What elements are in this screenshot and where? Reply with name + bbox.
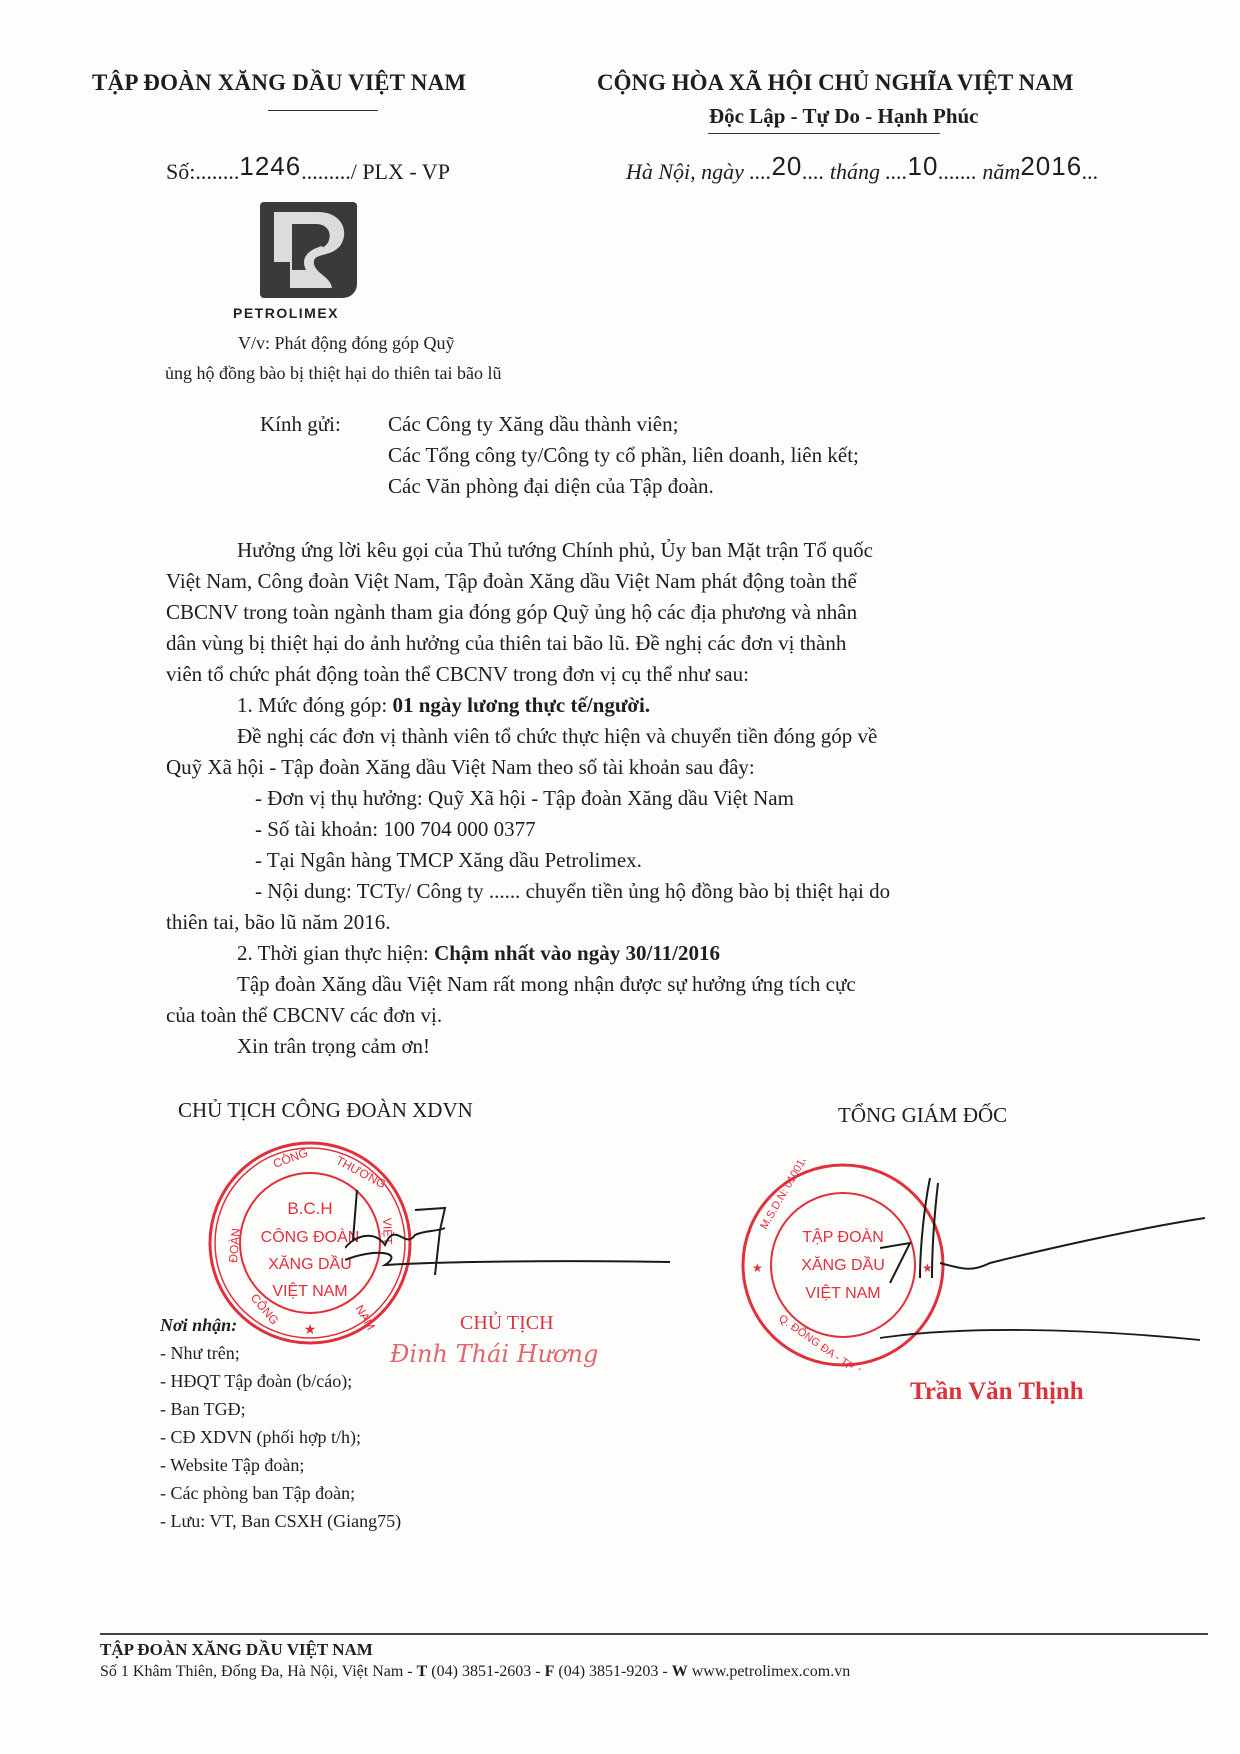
chairman-role-stamp: CHỦ TỊCH	[460, 1312, 554, 1335]
chairman-name-stamp: Đinh Thái Hương	[390, 1340, 598, 1368]
account-number: - Số tài khoản: 100 704 000 0377	[255, 817, 536, 842]
svg-text:★: ★	[304, 1323, 317, 1338]
recipient-item: - Các phòng ban Tập đoàn;	[160, 1483, 355, 1504]
addressee-item: Các Công ty Xăng dầu thành viên;	[388, 412, 678, 437]
bank-name: - Tại Ngân hàng TMCP Xăng dầu Petrolimex…	[255, 848, 642, 873]
motto-underline	[708, 133, 940, 134]
svg-text:B.C.H: B.C.H	[287, 1199, 332, 1218]
recipient-item: - Ban TGĐ;	[160, 1399, 246, 1420]
document-date: Hà Nội, ngày ....20.... tháng ....10....…	[626, 155, 1099, 186]
left-signatory-title: CHỦ TỊCH CÔNG ĐOÀN XDVN	[178, 1098, 473, 1123]
organization-header: TẬP ĐOÀN XĂNG DẦU VIỆT NAM	[92, 70, 466, 96]
body-line: của toàn thể CBCNV các đơn vị.	[166, 1003, 442, 1028]
date-day: 20	[771, 151, 802, 181]
recipient-item: - Website Tập đoàn;	[160, 1455, 304, 1476]
doc-number-value: 1246	[239, 151, 301, 181]
phone-label: T	[417, 1663, 428, 1680]
addressee-item: Các Văn phòng đại diện của Tập đoàn.	[388, 474, 714, 499]
body-line: CBCNV trong toàn ngành tham gia đóng góp…	[166, 600, 857, 625]
body-line: Hưởng ứng lời kêu gọi của Thủ tướng Chín…	[237, 538, 873, 563]
footer-divider	[100, 1633, 1208, 1635]
svg-text:VIỆT NAM: VIỆT NAM	[272, 1281, 347, 1300]
footer-address: Số 1 Khâm Thiên, Đống Đa, Hà Nội, Việt N…	[100, 1663, 417, 1680]
body-line: Đề nghị các đơn vị thành viên tổ chức th…	[237, 724, 877, 749]
subject-line-2: ủng hộ đồng bào bị thiệt hại do thiên ta…	[165, 363, 501, 384]
svg-text:ĐOÀN: ĐOÀN	[225, 1227, 243, 1263]
transfer-content: - Nội dung: TCTy/ Công ty ...... chuyển …	[255, 879, 890, 904]
recipient-item: - Lưu: VT, Ban CSXH (Giang75)	[160, 1511, 401, 1532]
logo-name: PETROLIMEX	[233, 305, 339, 321]
fax-number: (04) 3851-9203 -	[554, 1663, 671, 1680]
web-label: W	[672, 1663, 688, 1680]
body-line: Quỹ Xã hội - Tập đoàn Xăng dầu Việt Nam …	[166, 755, 755, 780]
left-signature	[345, 1190, 685, 1280]
document-number: Số:........1246........./ PLX - VP	[166, 155, 450, 186]
doc-number-label: Số:	[166, 159, 195, 184]
footer-contact: Số 1 Khâm Thiên, Đống Đa, Hà Nội, Việt N…	[100, 1663, 850, 1681]
deadline-label: 2. Thời gian thực hiện:	[237, 941, 434, 965]
fax-label: F	[545, 1663, 555, 1680]
petrolimex-logo-icon	[260, 202, 357, 298]
date-year: 2016	[1020, 151, 1082, 181]
right-signatory-title: TỔNG GIÁM ĐỐC	[838, 1103, 1007, 1128]
website-link[interactable]: www.petrolimex.com.vn	[688, 1663, 850, 1680]
svg-text:TẬP ĐOÀN: TẬP ĐOÀN	[802, 1227, 884, 1246]
phone-number: (04) 3851-2603 -	[427, 1663, 544, 1680]
recipient-item: - CĐ XDVN (phối hợp t/h);	[160, 1427, 361, 1448]
director-name-stamp: Trần Văn Thịnh	[910, 1378, 1084, 1406]
recipients-label: Nơi nhận:	[160, 1315, 237, 1336]
svg-text:VIỆT NAM: VIỆT NAM	[805, 1283, 880, 1302]
footer-organization: TẬP ĐOÀN XĂNG DẦU VIỆT NAM	[100, 1640, 373, 1660]
thanks-line: Xin trân trọng cảm ơn!	[237, 1034, 430, 1059]
body-line: viên tổ chức phát động toàn thể CBCNV tr…	[166, 662, 749, 687]
deadline-item: 2. Thời gian thực hiện: Chậm nhất vào ng…	[237, 941, 720, 966]
nation-header: CỘNG HÒA XÃ HỘI CHỦ NGHĨA VIỆT NAM	[597, 70, 1073, 96]
date-month-label: tháng	[830, 159, 880, 184]
body-line: dân vùng bị thiệt hại do ảnh hưởng của t…	[166, 631, 846, 656]
right-signature	[880, 1168, 1210, 1368]
addressee-label: Kính gửi:	[260, 412, 341, 437]
subject-line-1: V/v: Phát động đóng góp Quỹ	[238, 333, 455, 354]
date-place: Hà Nội, ngày	[626, 159, 744, 184]
body-line: Việt Nam, Công đoàn Việt Nam, Tập đoàn X…	[166, 569, 857, 594]
body-line: Tập đoàn Xăng dầu Việt Nam rất mong nhận…	[237, 972, 856, 997]
deadline-value: Chậm nhất vào ngày 30/11/2016	[434, 941, 720, 965]
doc-number-suffix: / PLX - VP	[351, 159, 450, 184]
header-underline	[268, 110, 378, 111]
svg-text:★: ★	[752, 1261, 763, 1275]
motto: Độc Lập - Tự Do - Hạnh Phúc	[709, 104, 979, 129]
contribution-value: 01 ngày lương thực tế/người.	[392, 693, 650, 717]
addressee-item: Các Tổng công ty/Công ty cổ phần, liên d…	[388, 443, 859, 468]
svg-text:XĂNG DẦU: XĂNG DẦU	[801, 1255, 885, 1274]
transfer-content-cont: thiên tai, bão lũ năm 2016.	[166, 910, 391, 935]
recipient-item: - HĐQT Tập đoàn (b/cáo);	[160, 1371, 352, 1392]
contribution-label: 1. Mức đóng góp:	[237, 693, 392, 717]
svg-text:NAM: NAM	[352, 1303, 377, 1333]
svg-text:XĂNG DẦU: XĂNG DẦU	[268, 1254, 352, 1273]
date-year-label: năm	[982, 159, 1020, 184]
recipient-item: - Như trên;	[160, 1343, 240, 1364]
date-month: 10	[908, 151, 939, 181]
contribution-item: 1. Mức đóng góp: 01 ngày lương thực tế/n…	[237, 693, 650, 718]
beneficiary: - Đơn vị thụ hưởng: Quỹ Xã hội - Tập đoà…	[255, 786, 794, 811]
